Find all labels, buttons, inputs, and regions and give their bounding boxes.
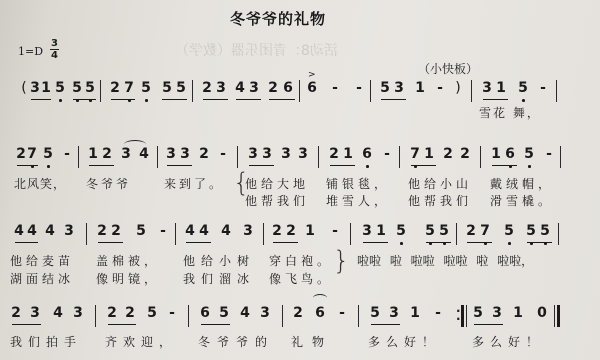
note: 2 xyxy=(10,305,22,321)
lyric: 像飞鸟。 xyxy=(269,270,333,287)
note: 3 xyxy=(242,223,254,239)
barline xyxy=(480,146,481,168)
note: 1 xyxy=(375,223,387,239)
dash: - xyxy=(432,305,444,321)
barline xyxy=(192,80,193,102)
barline xyxy=(456,223,457,245)
lyric: 像明镜， xyxy=(96,270,160,287)
lyric: 冬爷爷 xyxy=(86,175,131,192)
note: 3 xyxy=(165,146,177,162)
lyric: 他帮我们 xyxy=(245,192,309,209)
note-low: 5 xyxy=(517,80,529,96)
lyric: 盖棉被， xyxy=(96,252,160,269)
barline xyxy=(560,146,561,168)
note: 4 xyxy=(234,80,246,96)
note: 2 xyxy=(109,80,121,96)
note: 3 xyxy=(297,146,309,162)
dash: - xyxy=(61,146,73,162)
note: 2 xyxy=(110,223,122,239)
beam xyxy=(186,242,211,243)
barline xyxy=(282,305,283,327)
note: 1 xyxy=(490,146,502,162)
lyric: 我们溜冰 xyxy=(183,270,255,287)
note: 3 xyxy=(259,305,271,321)
beam xyxy=(273,242,298,243)
note: 1 xyxy=(495,80,507,96)
beam xyxy=(162,99,187,100)
note: 2 xyxy=(96,223,108,239)
barline xyxy=(86,223,87,245)
beam xyxy=(167,165,192,166)
barline xyxy=(350,223,351,245)
note: 3 xyxy=(280,146,292,162)
note: 4 xyxy=(52,305,64,321)
barline xyxy=(263,223,264,245)
barline xyxy=(100,80,101,102)
repeat-barline xyxy=(461,305,464,327)
note: 1 xyxy=(414,80,426,96)
note: 2 xyxy=(124,305,136,321)
dash: - xyxy=(434,80,446,96)
lyric: 他给大地 xyxy=(245,175,309,192)
close-paren: ) xyxy=(452,80,464,96)
note: 6 xyxy=(199,305,211,321)
note: 0 xyxy=(536,305,548,321)
beam xyxy=(363,242,388,243)
score-row-4: 2 3 4 3 2 2 5 - 6 5 4 3 2 6 - 5 3 1 - ··… xyxy=(0,305,600,335)
note: 2 xyxy=(267,80,279,96)
note-low: 5 xyxy=(523,146,535,162)
beam xyxy=(492,165,517,166)
note: 3 xyxy=(261,146,273,162)
dash: - xyxy=(381,146,393,162)
barline xyxy=(399,146,400,168)
note: 2 xyxy=(271,223,283,239)
note: 2 xyxy=(442,146,454,162)
note: 6 xyxy=(314,305,326,321)
note: 4 xyxy=(26,223,38,239)
beam xyxy=(201,324,230,325)
beam xyxy=(426,242,451,243)
note: 5 xyxy=(472,305,484,321)
note-low: 5 xyxy=(42,146,54,162)
beam xyxy=(17,165,38,166)
note-low: 7 xyxy=(123,80,135,96)
dash: - xyxy=(217,146,229,162)
note-low: 5 xyxy=(539,223,551,239)
beam xyxy=(269,99,295,100)
lyric: 冬爷爷的 xyxy=(198,333,274,350)
score-row-3: 4 4 4 3 2 2 5 - 4 4 4 3 2 2 1 - 3 1 5 5 … xyxy=(0,223,600,253)
note-low: 6 xyxy=(504,146,516,162)
note: 3 xyxy=(248,80,260,96)
note-low: 6 xyxy=(361,146,373,162)
lyric: 我们拍手 xyxy=(10,333,82,350)
dash: - xyxy=(537,80,549,96)
note: 2 xyxy=(285,223,297,239)
note: 6 xyxy=(282,80,294,96)
note: 5 xyxy=(175,80,187,96)
note: 5 xyxy=(369,305,381,321)
note-low: 7 xyxy=(26,146,38,162)
note: 3 xyxy=(247,146,259,162)
note-accented: 6 xyxy=(306,80,318,96)
note-low: 5 xyxy=(395,223,407,239)
lyric: 多么好！ xyxy=(472,333,544,350)
note: 2 xyxy=(328,146,340,162)
lyric: 湖面结冰 xyxy=(10,270,74,287)
barline xyxy=(556,80,557,102)
note: 1 xyxy=(512,305,524,321)
lyric: 他给麦苗 xyxy=(10,252,74,269)
note: 5 xyxy=(146,305,158,321)
dash: - xyxy=(329,80,341,96)
dash: - xyxy=(353,80,365,96)
note-low: 5 xyxy=(503,223,515,239)
verse-brace-right: } xyxy=(333,248,350,274)
barline xyxy=(237,146,238,168)
note: 4 xyxy=(44,223,56,239)
beam xyxy=(381,99,406,100)
note: 1 xyxy=(409,305,421,321)
barline xyxy=(554,305,555,327)
beam xyxy=(411,165,436,166)
note: 3 xyxy=(179,146,191,162)
beam xyxy=(483,99,508,100)
lyric: 他给小树 xyxy=(183,252,255,269)
lyric: 堆雪人， xyxy=(326,192,390,209)
lyric: 穿白袍。 xyxy=(269,252,333,269)
barline xyxy=(358,305,359,327)
barline xyxy=(95,305,96,327)
barline xyxy=(370,80,371,102)
beam xyxy=(474,324,503,325)
lyric: 他帮我们 xyxy=(408,192,472,209)
note: 2 xyxy=(198,146,210,162)
barline xyxy=(175,223,176,245)
note: 3 xyxy=(215,80,227,96)
note: 1 xyxy=(40,80,52,96)
barline xyxy=(188,305,189,327)
note-low: 5 xyxy=(54,80,66,96)
lyric-line: 雪花 舞， xyxy=(479,104,541,121)
note: 4 xyxy=(13,223,25,239)
barline xyxy=(299,80,300,102)
lyric: 物 xyxy=(312,333,325,350)
lyric: 齐欢迎， xyxy=(105,333,177,350)
note-low: 5 xyxy=(525,223,537,239)
barline xyxy=(558,223,559,245)
note: 1 xyxy=(304,223,316,239)
note-low: 5 xyxy=(424,223,436,239)
note: 3 xyxy=(29,305,41,321)
note-low: 7 xyxy=(479,223,491,239)
note: 2 xyxy=(465,223,477,239)
note-low: 5 xyxy=(140,80,152,96)
beam xyxy=(15,242,38,243)
note: 2 xyxy=(292,305,304,321)
note: 3 xyxy=(72,305,84,321)
note: 1 xyxy=(423,146,435,162)
lyric-la: 啦啦 啦 啦啦 啦啦 啦 啦啦， xyxy=(357,252,533,269)
note: 5 xyxy=(161,80,173,96)
slur xyxy=(313,294,327,302)
beam xyxy=(73,99,96,100)
note: 5 xyxy=(218,305,230,321)
barline xyxy=(318,146,319,168)
barline xyxy=(78,146,79,168)
beam xyxy=(236,99,261,100)
beam xyxy=(527,242,552,243)
note: 2 xyxy=(106,305,118,321)
note: 2 xyxy=(201,80,213,96)
note: 1 xyxy=(87,146,99,162)
barline xyxy=(157,146,158,168)
repeat-dots: ·· xyxy=(456,307,461,323)
time-signature: 3 4 xyxy=(50,38,59,61)
lyric: 来到了。 xyxy=(164,175,224,192)
bleed-through-heading: 活动8：青团乐器（数学） xyxy=(175,40,338,60)
note: 3 xyxy=(491,305,503,321)
note: 5 xyxy=(135,223,147,239)
note-low: 7 xyxy=(409,146,421,162)
beam xyxy=(108,324,136,325)
dash: - xyxy=(336,305,348,321)
note: 4 xyxy=(198,223,210,239)
lyric: 戴绒帽， xyxy=(490,175,554,192)
note: 3 xyxy=(361,223,373,239)
beam xyxy=(89,165,114,166)
barline xyxy=(471,80,472,102)
note: 4 xyxy=(239,305,251,321)
beam xyxy=(98,242,123,243)
beam xyxy=(371,324,400,325)
note-low: 5 xyxy=(84,80,96,96)
lyric: 礼 xyxy=(291,333,304,350)
lyric: 北风笑， xyxy=(14,175,66,192)
dash: - xyxy=(166,305,178,321)
beam xyxy=(31,99,51,100)
note: 1 xyxy=(342,146,354,162)
beam xyxy=(111,99,135,100)
time-signature-bottom: 4 xyxy=(51,50,58,61)
lyric: 他给小山 xyxy=(408,175,472,192)
note: 3 xyxy=(393,80,405,96)
note-low: 5 xyxy=(71,80,83,96)
note: 4 xyxy=(220,223,232,239)
note: 3 xyxy=(481,80,493,96)
dash: - xyxy=(543,146,555,162)
song-title: 冬爷爷的礼物 xyxy=(230,8,326,29)
note: 3 xyxy=(63,223,75,239)
note: 2 xyxy=(459,146,471,162)
key-signature: 1=D xyxy=(18,45,43,58)
beam xyxy=(203,99,228,100)
tempo-marking: （小快板） xyxy=(418,60,478,77)
lyric: 多么好！ xyxy=(368,333,440,350)
beam xyxy=(12,324,41,325)
beam xyxy=(467,242,492,243)
barline xyxy=(466,305,467,327)
note-low: 5 xyxy=(438,223,450,239)
beam xyxy=(249,165,274,166)
lyric: 铺银毯， xyxy=(326,175,390,192)
dash: - xyxy=(329,223,341,239)
lyric: 滑雪橇。 xyxy=(490,192,554,209)
note: 4 xyxy=(184,223,196,239)
time-signature-top: 3 xyxy=(51,38,58,49)
note: 5 xyxy=(379,80,391,96)
beam xyxy=(330,165,355,166)
dash: - xyxy=(157,223,169,239)
score-row-2: 2 7 5 - 1 2 3 4 3 3 2 - 3 3 3 3 2 1 6 - … xyxy=(0,146,600,176)
final-barline xyxy=(557,305,560,327)
note: 2 xyxy=(101,146,113,162)
note: 3 xyxy=(388,305,400,321)
slur xyxy=(124,140,146,149)
